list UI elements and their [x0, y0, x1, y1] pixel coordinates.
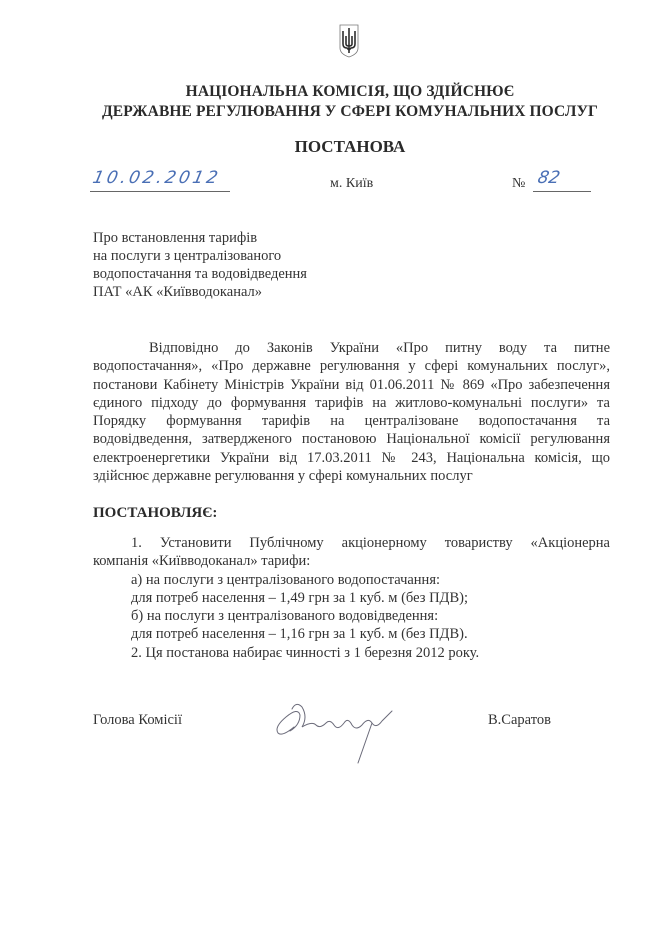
header-line-2: ДЕРЖАВНЕ РЕГУЛЮВАННЯ У СФЕРІ КОМУНАЛЬНИХ… — [80, 102, 620, 122]
number-underline — [533, 191, 591, 192]
preamble-paragraph: Відповідно до Законів України «Про питну… — [93, 339, 610, 485]
document-title: ПОСТАНОВА — [80, 137, 620, 157]
date-underline — [90, 191, 230, 192]
document-city: м. Київ — [330, 176, 373, 192]
number-sign: № — [512, 176, 525, 192]
subject-line: ПАТ «АК «Київводоканал» — [93, 283, 307, 301]
handwritten-signature — [272, 697, 402, 767]
item-1-line-1: 1. Установити Публічному акціонерному то… — [93, 534, 610, 552]
item-b-label: б) на послуги з централізованого водовід… — [93, 607, 610, 625]
item-1-line-2: компанія «Київводоканал» тарифи: — [93, 552, 610, 570]
subject-line: водопостачання та водовідведення — [93, 265, 307, 283]
preamble-line: Порядку формування тарифів на централізо… — [93, 412, 610, 430]
preamble-line: Відповідно до Законів України «Про питну… — [93, 339, 610, 357]
item-a-value: для потреб населення – 1,49 грн за 1 куб… — [93, 589, 610, 607]
preamble-line: здійснює державне регулювання у сфері ко… — [93, 467, 610, 485]
preamble-line: постанови Кабінету Міністрів України від… — [93, 376, 610, 394]
document-number: 82 — [536, 168, 562, 188]
preamble-line: електроенергетики України від 17.03.2011… — [93, 449, 610, 467]
subject-line: Про встановлення тарифів — [93, 229, 307, 247]
preamble-line: єдиного підходу до формування тарифів на… — [93, 394, 610, 412]
subject-line: на послуги з централізованого — [93, 247, 307, 265]
item-a-label: а) на послуги з централізованого водопос… — [93, 571, 610, 589]
coat-of-arms-icon — [339, 24, 359, 58]
signatory-role: Голова Комісії — [93, 712, 182, 729]
item-2: 2. Ця постанова набирає чинності з 1 бер… — [93, 644, 610, 662]
resolves-heading: ПОСТАНОВЛЯЄ: — [93, 505, 217, 522]
preamble-line: водопостачання», «Про державне регулюван… — [93, 357, 610, 375]
item-b-value: для потреб населення – 1,16 грн за 1 куб… — [93, 625, 610, 643]
document-date: 10.02.2012 — [91, 168, 223, 188]
resolution-items: 1. Установити Публічному акціонерному то… — [93, 534, 610, 662]
signatory-name: В.Саратов — [488, 712, 551, 729]
header-line-1: НАЦІОНАЛЬНА КОМІСІЯ, ЩО ЗДІЙСНЮЄ — [80, 82, 620, 102]
document-subject: Про встановлення тарифів на послуги з це… — [93, 229, 307, 301]
issuing-authority-header: НАЦІОНАЛЬНА КОМІСІЯ, ЩО ЗДІЙСНЮЄ ДЕРЖАВН… — [80, 82, 620, 122]
preamble-line: водовідведення, затвердженого постановою… — [93, 430, 610, 448]
